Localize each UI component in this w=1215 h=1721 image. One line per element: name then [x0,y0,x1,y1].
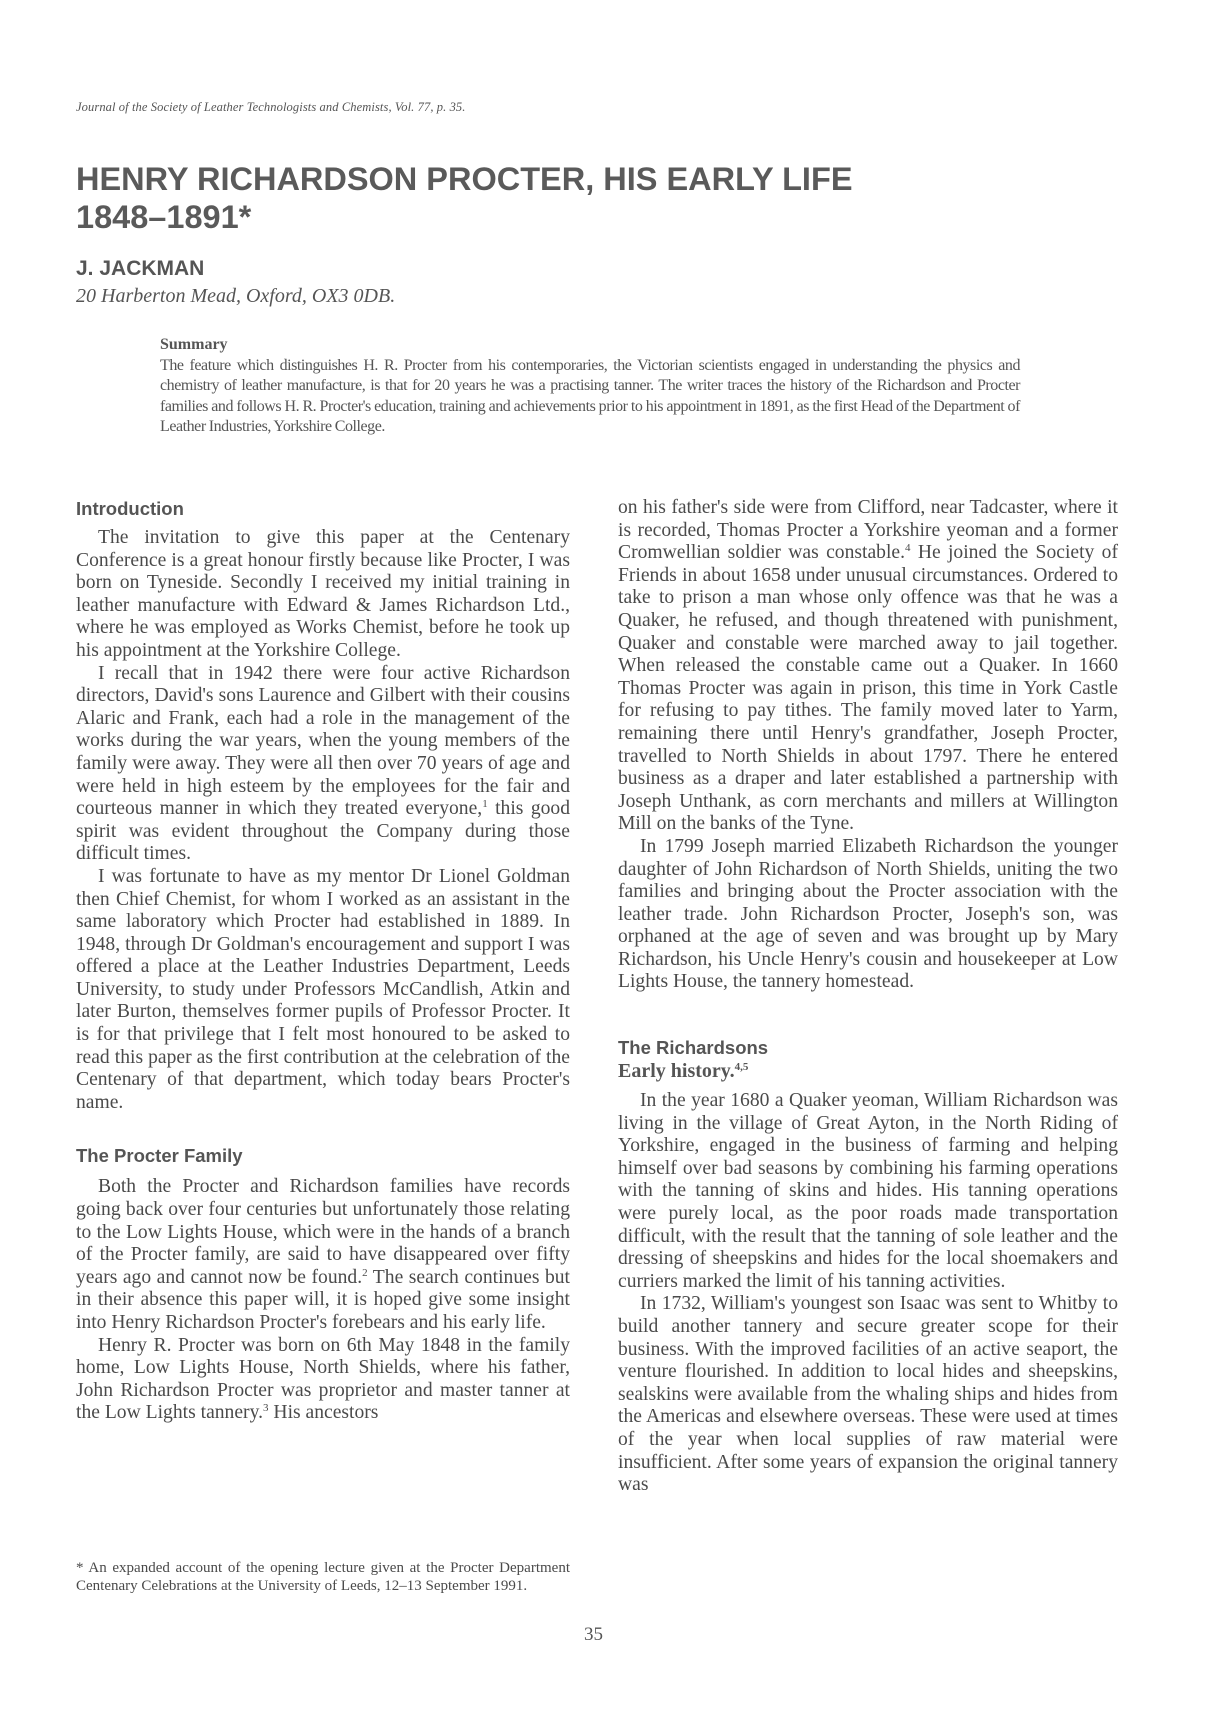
left-column: Introduction The invitation to give this… [76,497,570,1425]
procter-paragraph-2-text-cont: His ancestors [269,1402,379,1423]
summary-text: The feature which distinguishes H. R. Pr… [160,356,1020,438]
procter-paragraph-2: Henry R. Procter was born on 6th May 184… [76,1335,570,1425]
right-column: on his father's side were from Clifford,… [618,497,1118,1497]
subsection-heading-text: Early history. [618,1060,735,1082]
page-number: 35 [584,1624,603,1646]
intro-paragraph-2-text: I recall that in 1942 there were four ac… [76,663,570,820]
article-title: HENRY RICHARDSON PROCTER, HIS EARLY LIFE… [76,160,1076,236]
section-heading-richardsons: The Richardsons [618,1036,1118,1060]
richardsons-paragraph-1: In the year 1680 a Quaker yeoman, Willia… [618,1090,1118,1293]
reference-marker: 4,5 [735,1061,749,1073]
author-name: J. JACKMAN [76,257,204,281]
section-heading-procter-family: The Procter Family [76,1144,570,1168]
procter-paragraph-3: In 1799 Joseph married Elizabeth Richard… [618,836,1118,994]
section-heading-introduction: Introduction [76,497,570,521]
intro-paragraph-3: I was fortunate to have as my mentor Dr … [76,866,570,1115]
intro-paragraph-2: I recall that in 1942 there were four ac… [76,663,570,866]
intro-paragraph-1: The invitation to give this paper at the… [76,527,570,663]
procter-paragraph-1: Both the Procter and Richardson families… [76,1176,570,1334]
summary-heading: Summary [160,335,1020,356]
author-address: 20 Harberton Mead, Oxford, OX3 0DB. [76,285,395,308]
summary-block: Summary The feature which distinguishes … [160,335,1020,438]
title-line-1: HENRY RICHARDSON PROCTER, HIS EARLY LIFE [76,161,853,197]
subsection-heading-early-history: Early history.4,5 [618,1060,1118,1082]
richardsons-paragraph-2: In 1732, William's youngest son Isaac wa… [618,1293,1118,1496]
procter-paragraph-2-cont-text-2: He joined the Society of Friends in abou… [618,542,1118,834]
footnote: * An expanded account of the opening lec… [76,1560,570,1595]
procter-paragraph-2-continued: on his father's side were from Clifford,… [618,497,1118,836]
running-head: Journal of the Society of Leather Techno… [76,100,466,115]
title-line-2: 1848–1891* [76,199,251,235]
